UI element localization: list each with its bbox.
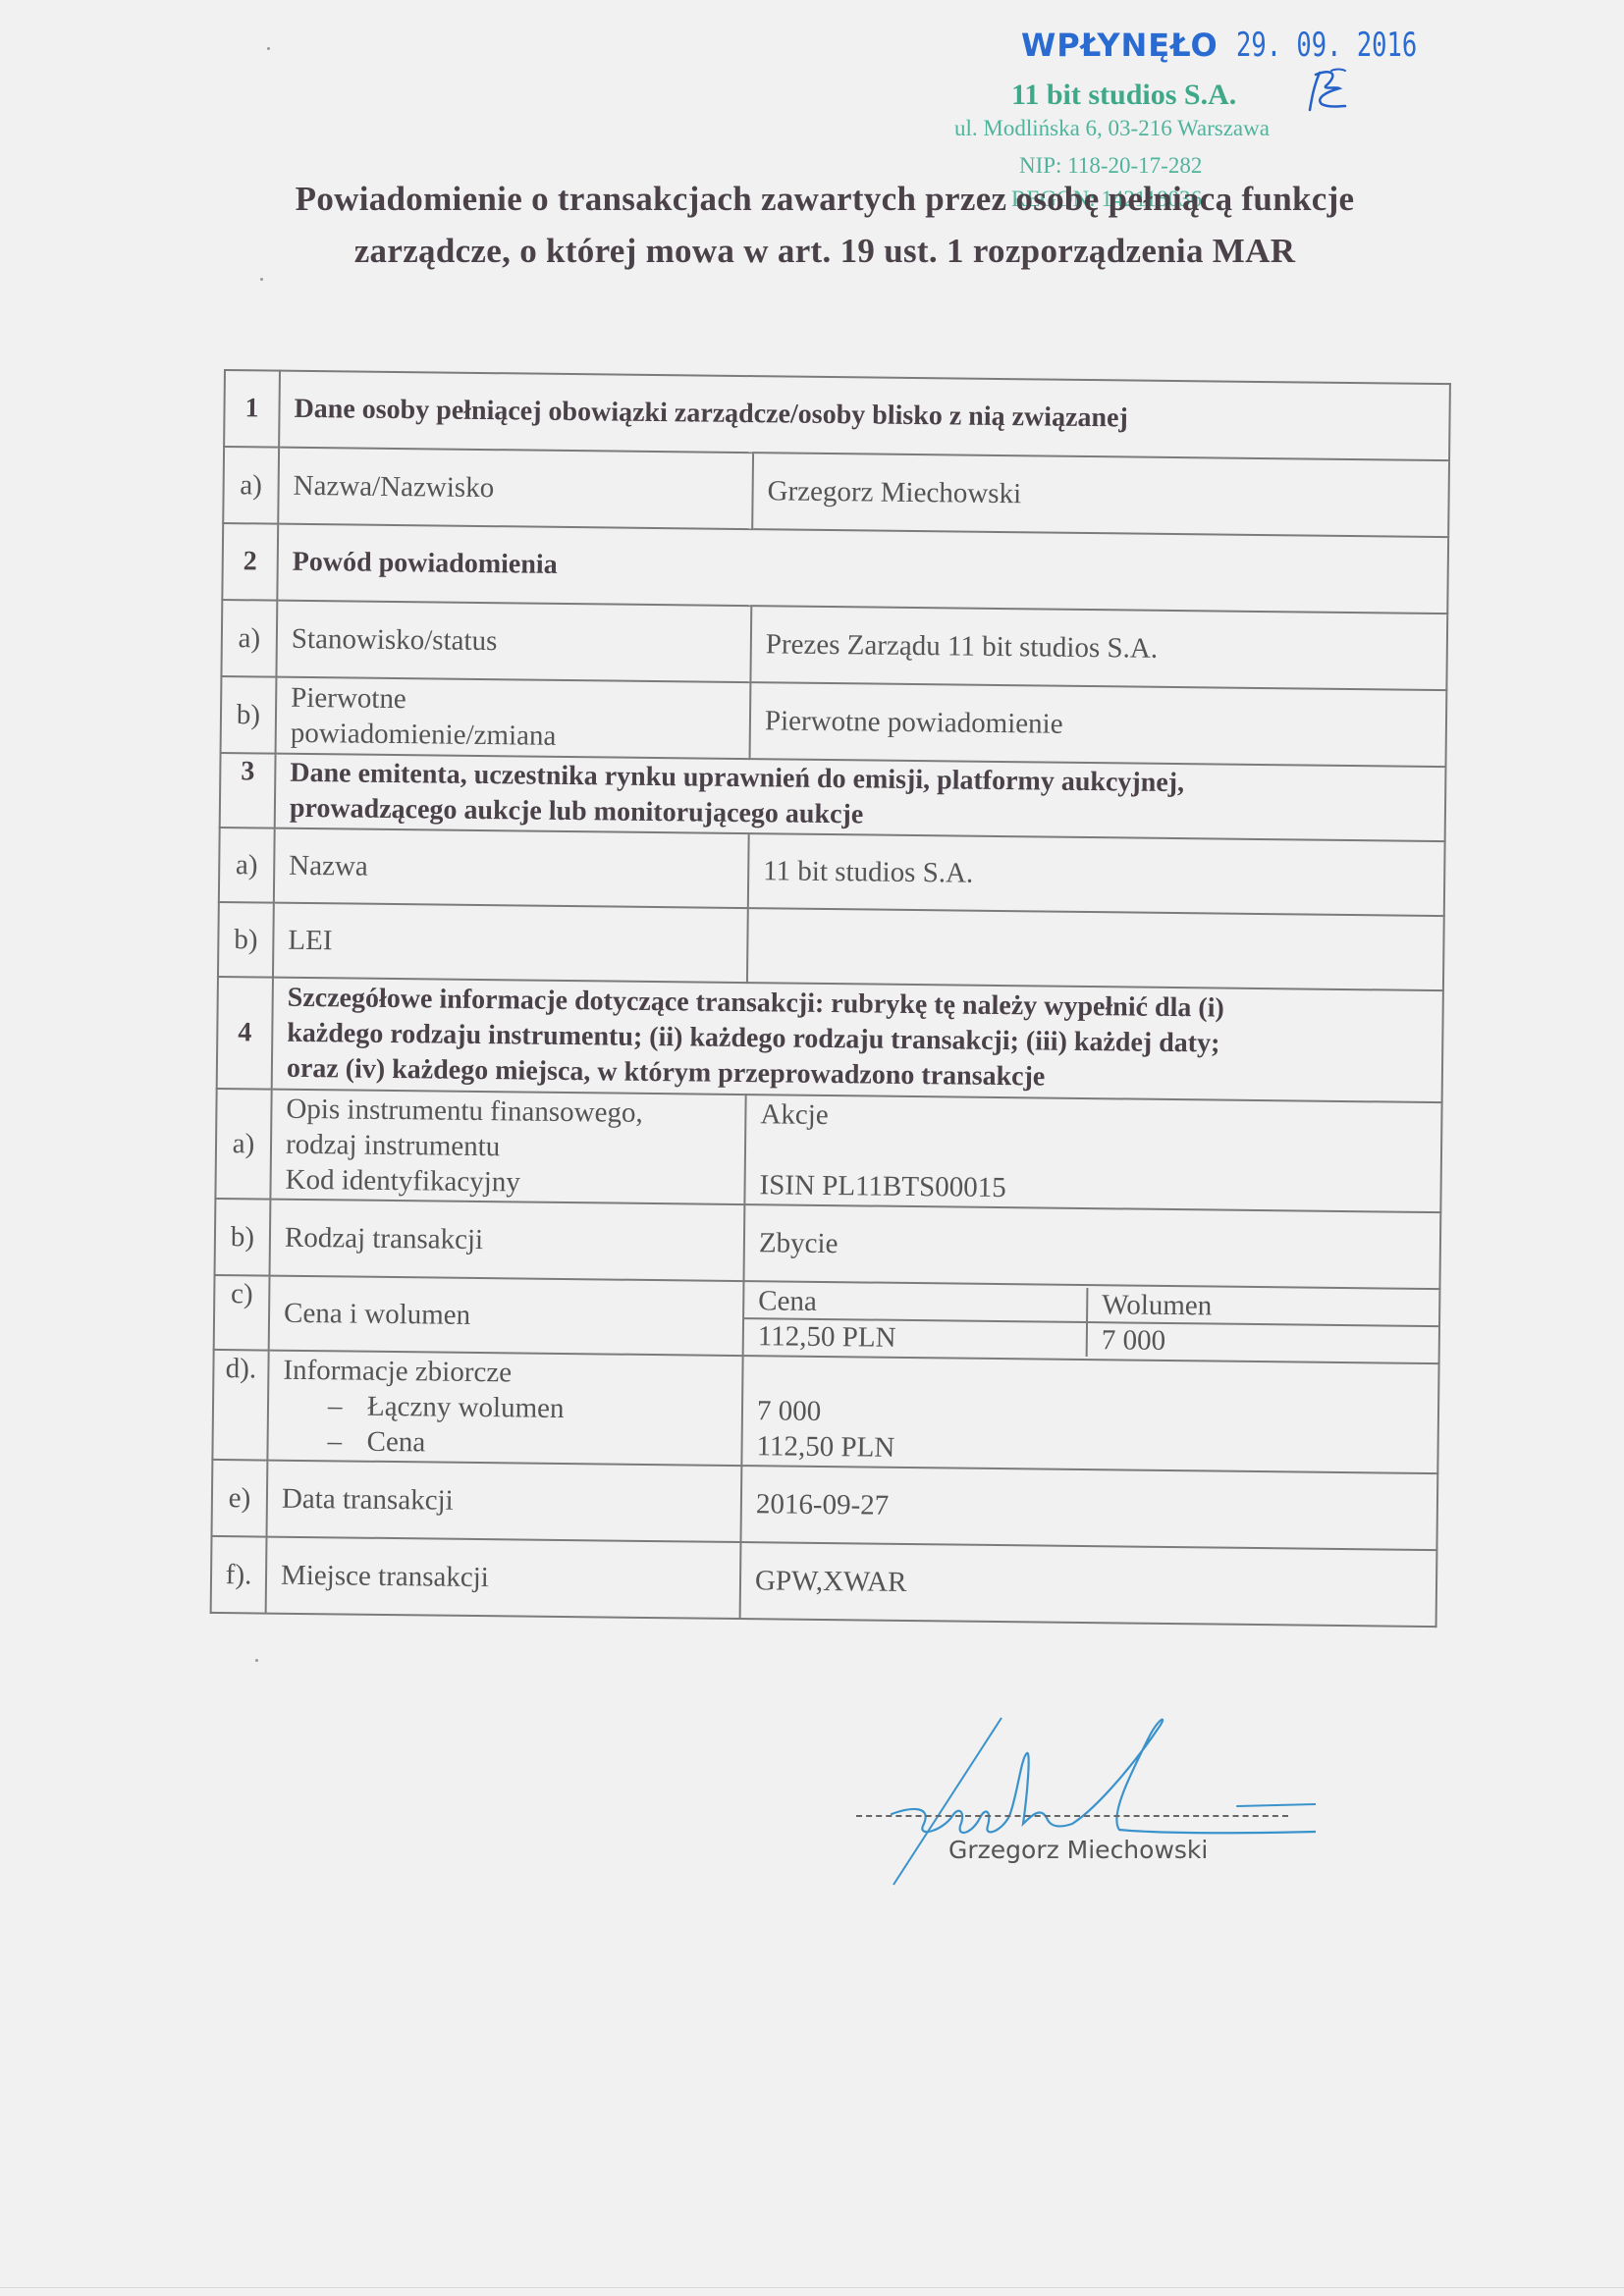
stamp-company: 11 bit studios S.A. (1011, 79, 1236, 112)
handwritten-initials-icon (1306, 65, 1355, 114)
row-value: 7 000 112,50 PLN (741, 1356, 1438, 1473)
row-label: Opis instrumentu finansowego, rodzaj ins… (270, 1090, 745, 1204)
table-row: c) Cena i wolumen Cena Wolumen 112,50 PL… (214, 1275, 1440, 1363)
row-value: Pierwotne powiadomienie (750, 682, 1447, 767)
section-4-header: 4 Szczegółowe informacje dotyczące trans… (217, 977, 1443, 1102)
page-edge (0, 2287, 1624, 2288)
section-number: 2 (222, 523, 278, 601)
row-key: a) (215, 1089, 271, 1200)
price-header: Cena (744, 1284, 1087, 1322)
received-stamp-line: WPŁYNĘŁO 29. 09. 2016 (1021, 26, 1477, 65)
received-label: WPŁYNĘŁO (1021, 27, 1218, 64)
row-key: b) (215, 1199, 271, 1276)
isin-code: ISIN PL11BTS00015 (759, 1167, 1426, 1210)
table-row: e) Data transakcji 2016-09-27 (212, 1460, 1438, 1550)
title-line-1: Powiadomienie o transakcjach zawartych p… (236, 173, 1414, 225)
section-number: 4 (217, 977, 273, 1090)
row-label-line: rodzaj instrumentu (286, 1127, 731, 1167)
table-row: b) Pierwotne powiadomienie/zmiana Pierwo… (221, 676, 1447, 767)
section-heading: Dane emitenta, uczestnika rynku uprawnie… (275, 754, 1446, 842)
row-key: a) (223, 447, 279, 524)
table-row: f). Miejsce transakcji GPW,XWAR (211, 1536, 1437, 1627)
table-row: a) Opis instrumentu finansowego, rodzaj … (215, 1089, 1441, 1212)
notification-table: 1 Dane osoby pełniącej obowiązki zarządc… (210, 369, 1451, 1628)
row-label: Cena i wolumen (269, 1276, 744, 1356)
row-key: b) (221, 676, 277, 754)
table-row: a) Stanowisko/status Prezes Zarządu 11 b… (221, 600, 1447, 690)
row-key: a) (221, 600, 277, 677)
row-value: 11 bit studios S.A. (748, 833, 1445, 916)
row-key: f). (211, 1536, 267, 1614)
row-label: Nazwa/Nazwisko (278, 448, 753, 529)
signatory-name: Grzegorz Miechowski (948, 1836, 1208, 1864)
handwritten-signature-icon (864, 1659, 1316, 1904)
row-value: Prezes Zarządu 11 bit studios S.A. (750, 606, 1447, 690)
table-row: d). Informacje zbiorcze –Łączny wolumen … (212, 1350, 1438, 1473)
row-value: Grzegorz Miechowski (752, 453, 1449, 537)
row-label-line: Informacje zbiorcze (283, 1353, 728, 1393)
scan-speck (260, 278, 263, 281)
row-label: Data transakcji (267, 1461, 742, 1542)
row-label-line: powiadomienie/zmiana (291, 716, 735, 756)
table-row: b) Rodzaj transakcji Zbycie (215, 1199, 1441, 1289)
row-value: Zbycie (743, 1204, 1440, 1289)
row-label-line: Opis instrumentu finansowego, (286, 1092, 731, 1132)
row-label: Miejsce transakcji (266, 1537, 741, 1619)
page-title: Powiadomienie o transakcjach zawartych p… (236, 173, 1414, 277)
aggregate-price: 112,50 PLN (756, 1428, 1423, 1471)
price-value: 112,50 PLN (744, 1318, 1087, 1357)
row-value: Akcje ISIN PL11BTS00015 (744, 1095, 1441, 1212)
table-row: b) LEI (218, 902, 1444, 990)
received-date: 29. 09. 2016 (1236, 26, 1417, 65)
section-1-header: 1 Dane osoby pełniącej obowiązki zarządc… (224, 370, 1450, 460)
dash: – (328, 1388, 367, 1423)
dash: – (327, 1423, 366, 1459)
section-heading: Dane osoby pełniącej obowiązki zarządcze… (279, 371, 1450, 461)
title-line-2: zarządcze, o której mowa w art. 19 ust. … (236, 225, 1414, 277)
row-label: Stanowisko/status (276, 601, 751, 682)
row-key: c) (214, 1275, 270, 1351)
section-3-header: 3 Dane emitenta, uczestnika rynku uprawn… (220, 753, 1446, 841)
section-number: 3 (220, 753, 276, 828)
volume-header: Wolumen (1087, 1288, 1438, 1326)
scan-speck (267, 47, 270, 50)
row-label: Nazwa (274, 828, 749, 908)
volume-value: 7 000 (1087, 1322, 1438, 1361)
price-volume-cell: Cena Wolumen 112,50 PLN 7 000 (743, 1281, 1440, 1363)
row-label: Pierwotne powiadomienie/zmiana (276, 677, 751, 759)
table-row: a) Nazwa 11 bit studios S.A. (219, 828, 1445, 916)
section-heading: Powód powiadomienia (277, 524, 1448, 614)
row-label-line: Kod identyfikacyjny (285, 1162, 730, 1202)
row-key: a) (219, 828, 275, 903)
aggregate-volume-label: Łączny wolumen (367, 1391, 565, 1424)
row-label: Informacje zbiorcze –Łączny wolumen –Cen… (267, 1351, 742, 1466)
scan-speck (255, 1659, 258, 1662)
row-label-line: Pierwotne (291, 680, 735, 721)
row-value: 2016-09-27 (740, 1466, 1437, 1550)
section-2-header: 2 Powód powiadomienia (222, 523, 1448, 614)
row-value: GPW,XWAR (740, 1542, 1437, 1627)
row-value-lei (747, 908, 1444, 990)
stamp-address: ul. Modlińska 6, 03-216 Warszawa (954, 116, 1270, 141)
section-number: 1 (224, 370, 280, 448)
row-label: Rodzaj transakcji (270, 1200, 745, 1281)
section-heading: Szczegółowe informacje dotyczące transak… (272, 978, 1443, 1103)
row-label: LEI (273, 903, 748, 983)
document-page: WPŁYNĘŁO 29. 09. 2016 11 bit studios S.A… (0, 0, 1624, 2296)
aggregate-price-label: Cena (366, 1426, 425, 1459)
table-row: a) Nazwa/Nazwisko Grzegorz Miechowski (223, 447, 1449, 537)
row-key: d). (212, 1350, 268, 1461)
signature-line (856, 1815, 1288, 1817)
row-key: b) (218, 902, 274, 978)
row-key: e) (212, 1460, 268, 1537)
